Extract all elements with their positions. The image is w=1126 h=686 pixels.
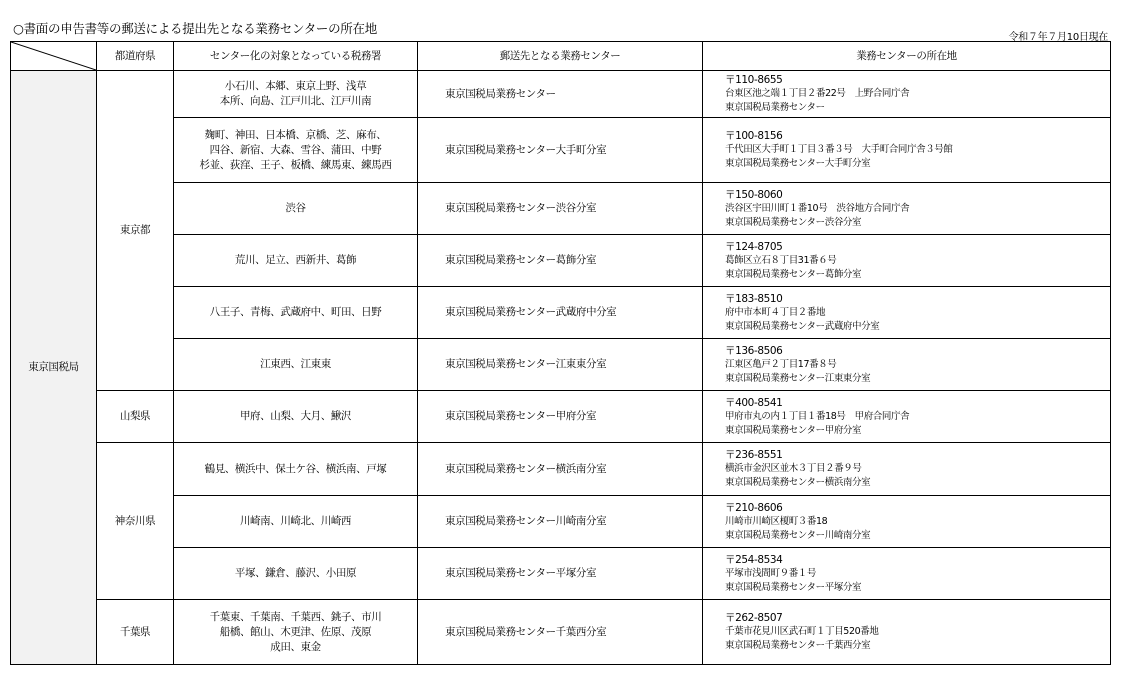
table-row: 渋谷 東京国税局業務センター渋谷分室 〒150-8060 渋谷区宇田川町１番10…	[11, 183, 1111, 235]
header-row: 都道府県 センター化の対象となっている税務署 郵送先となる業務センター 業務セン…	[11, 42, 1111, 71]
bureau-cell: 東京国税局	[11, 71, 97, 665]
address-name: 東京国税局業務センター平塚分室	[725, 581, 1110, 595]
destination-cell: 東京国税局業務センター大手町分室	[418, 118, 703, 183]
tax-offices-cell: 平塚、鎌倉、藤沢、小田原	[174, 548, 418, 600]
address-cell: 〒183-8510 府中市本町４丁目２番地 東京国税局業務センター武蔵府中分室	[703, 287, 1111, 339]
address-name: 東京国税局業務センター川崎南分室	[725, 529, 1110, 543]
table-row: 神奈川県 鶴見、横浜中、保土ケ谷、横浜南、戸塚 東京国税局業務センター横浜南分室…	[11, 443, 1111, 496]
tax-offices-cell: 小石川、本郷、東京上野、浅草 本所、向島、江戸川北、江戸川南	[174, 71, 418, 118]
prefecture-yamanashi: 山梨県	[97, 391, 174, 443]
address-name: 東京国税局業務センター	[725, 101, 1110, 115]
destination-cell: 東京国税局業務センター江東東分室	[418, 339, 703, 391]
street-address: 府中市本町４丁目２番地	[725, 306, 1110, 320]
header-address: 業務センターの所在地	[703, 42, 1111, 71]
prefecture-chiba: 千葉県	[97, 600, 174, 665]
address-name: 東京国税局業務センター千葉西分室	[725, 639, 1110, 653]
table-row: 川崎南、川崎北、川崎西 東京国税局業務センター川崎南分室 〒210-8606 川…	[11, 496, 1111, 548]
destination-cell: 東京国税局業務センター千葉西分室	[418, 600, 703, 665]
address-cell: 〒124-8705 葛飾区立石８丁目31番６号 東京国税局業務センター葛飾分室	[703, 235, 1111, 287]
postal-code: 〒100-8156	[725, 129, 1110, 143]
postal-code: 〒236-8551	[725, 448, 1110, 462]
address-name: 東京国税局業務センター甲府分室	[725, 424, 1110, 438]
address-cell: 〒136-8506 江東区亀戸２丁目17番８号 東京国税局業務センター江東東分室	[703, 339, 1111, 391]
destination-cell: 東京国税局業務センター渋谷分室	[418, 183, 703, 235]
postal-code: 〒210-8606	[725, 501, 1110, 515]
street-address: 甲府市丸の内１丁目１番18号 甲府合同庁舎	[725, 410, 1110, 424]
address-name: 東京国税局業務センター葛飾分室	[725, 268, 1110, 282]
address-cell: 〒400-8541 甲府市丸の内１丁目１番18号 甲府合同庁舎 東京国税局業務セ…	[703, 391, 1111, 443]
tax-offices-cell: 鶴見、横浜中、保土ケ谷、横浜南、戸塚	[174, 443, 418, 496]
address-cell: 〒150-8060 渋谷区宇田川町１番10号 渋谷地方合同庁舎 東京国税局業務セ…	[703, 183, 1111, 235]
table-row: 平塚、鎌倉、藤沢、小田原 東京国税局業務センター平塚分室 〒254-8534 平…	[11, 548, 1111, 600]
prefecture-tokyo: 東京都	[97, 71, 174, 391]
address-name: 東京国税局業務センター渋谷分室	[725, 216, 1110, 230]
table-row: 山梨県 甲府、山梨、大月、鰍沢 東京国税局業務センター甲府分室 〒400-854…	[11, 391, 1111, 443]
table-row: 麹町、神田、日本橋、京橋、芝、麻布、 四谷、新宿、大森、雪谷、蒲田、中野 杉並、…	[11, 118, 1111, 183]
address-name: 東京国税局業務センター武蔵府中分室	[725, 320, 1110, 334]
street-address: 平塚市浅間町９番１号	[725, 567, 1110, 581]
destination-cell: 東京国税局業務センター武蔵府中分室	[418, 287, 703, 339]
destination-cell: 東京国税局業務センター葛飾分室	[418, 235, 703, 287]
tax-offices-cell: 川崎南、川崎北、川崎西	[174, 496, 418, 548]
postal-code: 〒183-8510	[725, 292, 1110, 306]
address-cell: 〒100-8156 千代田区大手町１丁目３番３号 大手町合同庁舎３号館 東京国税…	[703, 118, 1111, 183]
destination-cell: 東京国税局業務センター横浜南分室	[418, 443, 703, 496]
address-cell: 〒262-8507 千葉市花見川区武石町１丁目520番地 東京国税局業務センター…	[703, 600, 1111, 665]
postal-code: 〒136-8506	[725, 344, 1110, 358]
destination-cell: 東京国税局業務センター	[418, 71, 703, 118]
postal-code: 〒254-8534	[725, 553, 1110, 567]
street-address: 横浜市金沢区並木３丁目２番９号	[725, 462, 1110, 476]
street-address: 千代田区大手町１丁目３番３号 大手町合同庁舎３号館	[725, 143, 1110, 157]
header-prefecture: 都道府県	[97, 42, 174, 71]
postal-code: 〒110-8655	[725, 73, 1110, 87]
address-name: 東京国税局業務センター横浜南分室	[725, 476, 1110, 490]
street-address: 台東区池之端１丁目２番22号 上野合同庁舎	[725, 87, 1110, 101]
address-cell: 〒254-8534 平塚市浅間町９番１号 東京国税局業務センター平塚分室	[703, 548, 1111, 600]
tax-offices-cell: 江東西、江東東	[174, 339, 418, 391]
table-row: 荒川、足立、西新井、葛飾 東京国税局業務センター葛飾分室 〒124-8705 葛…	[11, 235, 1111, 287]
address-cell: 〒236-8551 横浜市金沢区並木３丁目２番９号 東京国税局業務センター横浜南…	[703, 443, 1111, 496]
tax-offices-cell: 甲府、山梨、大月、鰍沢	[174, 391, 418, 443]
destination-cell: 東京国税局業務センター甲府分室	[418, 391, 703, 443]
street-address: 川崎市川崎区榎町３番18	[725, 515, 1110, 529]
table-row: 東京国税局 東京都 小石川、本郷、東京上野、浅草 本所、向島、江戸川北、江戸川南…	[11, 71, 1111, 118]
tax-center-table: 都道府県 センター化の対象となっている税務署 郵送先となる業務センター 業務セン…	[10, 41, 1111, 665]
address-cell: 〒110-8655 台東区池之端１丁目２番22号 上野合同庁舎 東京国税局業務セ…	[703, 71, 1111, 118]
table-row: 千葉県 千葉東、千葉南、千葉西、銚子、市川 船橋、館山、木更津、佐原、茂原 成田…	[11, 600, 1111, 665]
destination-cell: 東京国税局業務センター川崎南分室	[418, 496, 703, 548]
header-tax-offices: センター化の対象となっている税務署	[174, 42, 418, 71]
corner-diagonal-cell	[11, 42, 97, 71]
street-address: 千葉市花見川区武石町１丁目520番地	[725, 625, 1110, 639]
page-title: ○書面の申告書等の郵送による提出先となる業務センターの所在地	[13, 19, 377, 37]
tax-offices-cell: 八王子、青梅、武蔵府中、町田、日野	[174, 287, 418, 339]
tax-offices-cell: 荒川、足立、西新井、葛飾	[174, 235, 418, 287]
destination-cell: 東京国税局業務センター平塚分室	[418, 548, 703, 600]
diagonal-line-icon	[11, 42, 96, 70]
postal-code: 〒124-8705	[725, 240, 1110, 254]
table-row: 八王子、青梅、武蔵府中、町田、日野 東京国税局業務センター武蔵府中分室 〒183…	[11, 287, 1111, 339]
street-address: 渋谷区宇田川町１番10号 渋谷地方合同庁舎	[725, 202, 1110, 216]
tax-offices-cell: 千葉東、千葉南、千葉西、銚子、市川 船橋、館山、木更津、佐原、茂原 成田、東金	[174, 600, 418, 665]
header-destination: 郵送先となる業務センター	[418, 42, 703, 71]
postal-code: 〒150-8060	[725, 188, 1110, 202]
street-address: 葛飾区立石８丁目31番６号	[725, 254, 1110, 268]
address-name: 東京国税局業務センター江東東分室	[725, 372, 1110, 386]
tax-offices-cell: 渋谷	[174, 183, 418, 235]
address-name: 東京国税局業務センター大手町分室	[725, 157, 1110, 171]
prefecture-kanagawa: 神奈川県	[97, 443, 174, 600]
postal-code: 〒262-8507	[725, 611, 1110, 625]
address-cell: 〒210-8606 川崎市川崎区榎町３番18 東京国税局業務センター川崎南分室	[703, 496, 1111, 548]
table-row: 江東西、江東東 東京国税局業務センター江東東分室 〒136-8506 江東区亀戸…	[11, 339, 1111, 391]
tax-offices-cell: 麹町、神田、日本橋、京橋、芝、麻布、 四谷、新宿、大森、雪谷、蒲田、中野 杉並、…	[174, 118, 418, 183]
postal-code: 〒400-8541	[725, 396, 1110, 410]
street-address: 江東区亀戸２丁目17番８号	[725, 358, 1110, 372]
